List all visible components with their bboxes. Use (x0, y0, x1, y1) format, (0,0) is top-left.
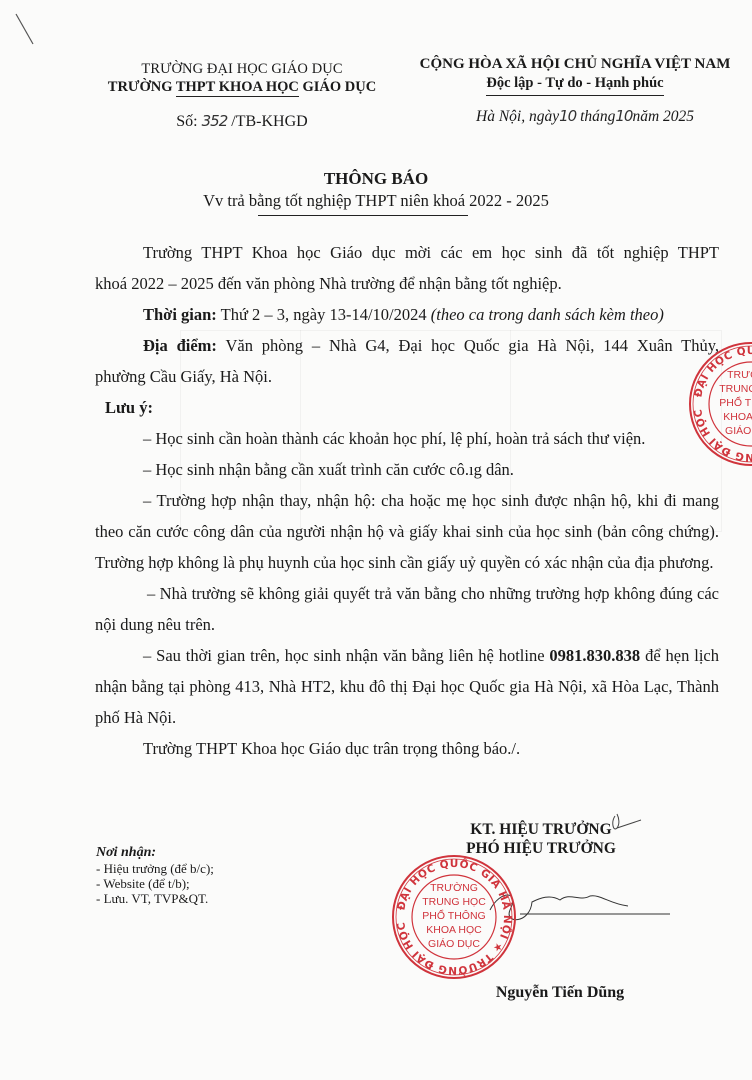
handwritten-month: 10 (615, 107, 632, 125)
svg-text:PHỔ THÔNG: PHỔ THÔNG (719, 396, 752, 409)
hotline-note: – Sau thời gian trên, học sinh nhận văn … (95, 640, 719, 733)
place-line-1: Địa điểm: Văn phòng – Nhà G4, Đại học Qu… (95, 330, 719, 361)
title-underline (258, 215, 468, 216)
handwritten-day: 10 (559, 107, 576, 125)
title-subject: Vv trả bằng tốt nghiệp THPT niên khoá 20… (0, 190, 752, 212)
national-motto: Độc lập - Tự do - Hạnh phúc (486, 74, 663, 96)
document-title: THÔNG BÁO Vv trả bằng tốt nghiệp THPT ni… (0, 168, 752, 216)
official-seal-partial: ĐẠI HỌC QUỐC GIA HÀ NỘI ★ TRƯỜNG ĐẠI HỌC… (687, 340, 752, 468)
recipients-block: Nơi nhận: - Hiệu trưởng (để b/c); - Webs… (96, 845, 214, 906)
place-date: Hà Nội, ngày10 tháng10năm 2025 (410, 105, 740, 128)
recipient-item: - Lưu. VT, TVP&QT. (96, 891, 214, 906)
note-item: – Nhà trường sẽ không giải quyết trả văn… (95, 578, 719, 640)
note-item: – Học sinh cần hoàn thành các khoản học … (95, 423, 719, 454)
svg-text:GIÁO DỤC: GIÁO DỤC (725, 424, 752, 437)
closing-line: Trường THPT Khoa học Giáo dục trân trọng… (95, 733, 719, 764)
recipients-heading: Nơi nhận: (96, 845, 214, 860)
school-name-underlined: THPT KHOA HỌC (176, 79, 299, 97)
svg-text:TRƯỜNG: TRƯỜNG (430, 881, 478, 894)
intro-line-1: Trường THPT Khoa học Giáo dục mời các em… (95, 237, 719, 268)
svg-text:PHỔ THÔNG: PHỔ THÔNG (422, 909, 485, 922)
svg-text:KHOA HỌC: KHOA HỌC (723, 411, 752, 423)
initial-mark (607, 812, 643, 836)
pen-mark (14, 12, 36, 46)
recipient-item: - Website (để t/b); (96, 876, 214, 891)
signer-name: Nguyễn Tiến Dũng (412, 984, 670, 1002)
intro-line-2: khoá 2022 – 2025 đến văn phòng Nhà trườn… (95, 268, 719, 299)
svg-text:TRUNG HỌC: TRUNG HỌC (422, 896, 486, 908)
handwritten-number: 352 (202, 112, 228, 130)
note-item: – Trường hợp nhận thay, nhận hộ: cha hoặ… (95, 485, 719, 578)
notes-label: Lưu ý: (95, 392, 719, 423)
title-heading: THÔNG BÁO (0, 168, 752, 190)
nation-name: CỘNG HÒA XÃ HỘI CHỦ NGHĨA VIỆT NAM (410, 54, 740, 74)
official-seal: ĐẠI HỌC QUỐC GIA HÀ NỘI ★ TRƯỜNG ĐẠI HỌC… (390, 853, 518, 981)
place-line-2: phường Cầu Giấy, Hà Nội. (95, 361, 719, 392)
issuing-agency: TRƯỜNG ĐẠI HỌC GIÁO DỤC TRƯỜNG THPT KHOA… (92, 60, 392, 133)
document-number: Số: 352 /TB-KHGD (92, 110, 392, 133)
school-name: TRƯỜNG THPT KHOA HỌC GIÁO DỤC (92, 78, 392, 96)
note-item: – Học sinh nhận bằng cần xuất trình căn … (95, 454, 719, 485)
parent-org: TRƯỜNG ĐẠI HỌC GIÁO DỤC (92, 60, 392, 78)
svg-text:GIÁO DỤC: GIÁO DỤC (428, 937, 480, 950)
svg-text:TRUNG HỌC: TRUNG HỌC (719, 383, 752, 395)
svg-text:KHOA HỌC: KHOA HỌC (426, 924, 482, 936)
time-line: Thời gian: Thứ 2 – 3, ngày 13-14/10/2024… (95, 299, 719, 330)
svg-text:TRƯỜNG: TRƯỜNG (727, 368, 752, 381)
national-header: CỘNG HÒA XÃ HỘI CHỦ NGHĨA VIỆT NAM Độc l… (410, 54, 740, 128)
document-body: Trường THPT Khoa học Giáo dục mời các em… (95, 237, 719, 764)
recipient-item: - Hiệu trưởng (để b/c); (96, 861, 214, 876)
hotline-number: 0981.830.838 (549, 646, 640, 665)
document-page: TRƯỜNG ĐẠI HỌC GIÁO DỤC TRƯỜNG THPT KHOA… (0, 0, 752, 1080)
